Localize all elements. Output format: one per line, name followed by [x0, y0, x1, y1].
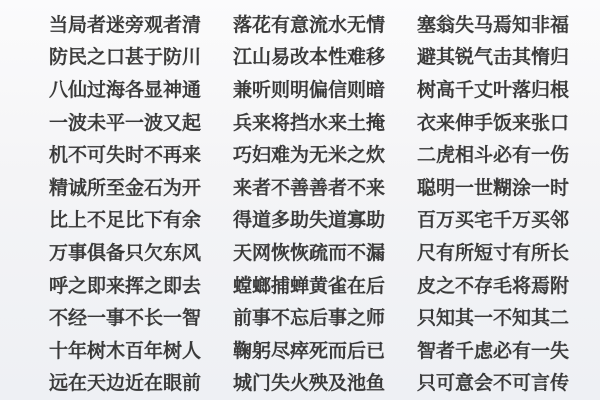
proverb-text: 避其锐气击其惰归	[417, 40, 569, 73]
proverb-text: 远在天边近在眼前	[49, 366, 201, 399]
proverb-text: 树高千丈叶落归根	[417, 72, 569, 105]
proverb-text: 八仙过海各显神通	[49, 72, 201, 105]
proverb-text: 只知其一不知其二	[417, 300, 569, 333]
proverb-text: 来者不善善者不来	[233, 170, 385, 203]
proverb-text: 鞠躬尽瘁死而后已	[233, 333, 385, 366]
proverb-text: 得道多助失道寡助	[233, 203, 385, 236]
proverb-text: 兵来将挡水来土掩	[233, 105, 385, 138]
proverb-text: 一波未平一波又起	[49, 105, 201, 138]
proverb-text: 精诚所至金石为开	[49, 170, 201, 203]
proverb-text: 智者千虑必有一失	[417, 333, 569, 366]
proverb-text: 当局者迷旁观者清	[49, 7, 201, 40]
proverb-text: 十年树木百年树人	[49, 333, 201, 366]
proverb-text: 江山易改本性难移	[233, 40, 385, 73]
proverb-text: 比上不足比下有余	[49, 203, 201, 236]
proverb-text: 不经一事不长一智	[49, 300, 201, 333]
proverb-text: 聪明一世糊涂一时	[417, 170, 569, 203]
proverb-text: 防民之口甚于防川	[49, 40, 201, 73]
proverb-text: 只可意会不可言传	[417, 366, 569, 399]
proverb-text: 万事俱备只欠东风	[49, 235, 201, 268]
proverb-text: 巧妇难为无米之炊	[233, 137, 385, 170]
proverb-text: 百万买宅千万买邻	[417, 203, 569, 236]
proverb-text: 皮之不存毛将焉附	[417, 268, 569, 301]
proverb-text: 兼听则明偏信则暗	[233, 72, 385, 105]
proverb-text: 衣来伸手饭来张口	[417, 105, 569, 138]
proverb-text: 呼之即来挥之即去	[49, 268, 201, 301]
proverb-text: 塞翁失马焉知非福	[417, 7, 569, 40]
proverb-text: 螳螂捕蝉黄雀在后	[233, 268, 385, 301]
proverb-text: 前事不忘后事之师	[233, 300, 385, 333]
proverb-text: 机不可失时不再来	[49, 137, 201, 170]
proverb-grid: 当局者迷旁观者清落花有意流水无情塞翁失马焉知非福防民之口甚于防川江山易改本性难移…	[49, 7, 569, 398]
proverb-text: 二虎相斗必有一伤	[417, 137, 569, 170]
proverb-text: 尺有所短寸有所长	[417, 235, 569, 268]
proverb-text: 落花有意流水无情	[233, 7, 385, 40]
proverb-text: 城门失火殃及池鱼	[233, 366, 385, 399]
proverb-text: 天网恢恢疏而不漏	[233, 235, 385, 268]
